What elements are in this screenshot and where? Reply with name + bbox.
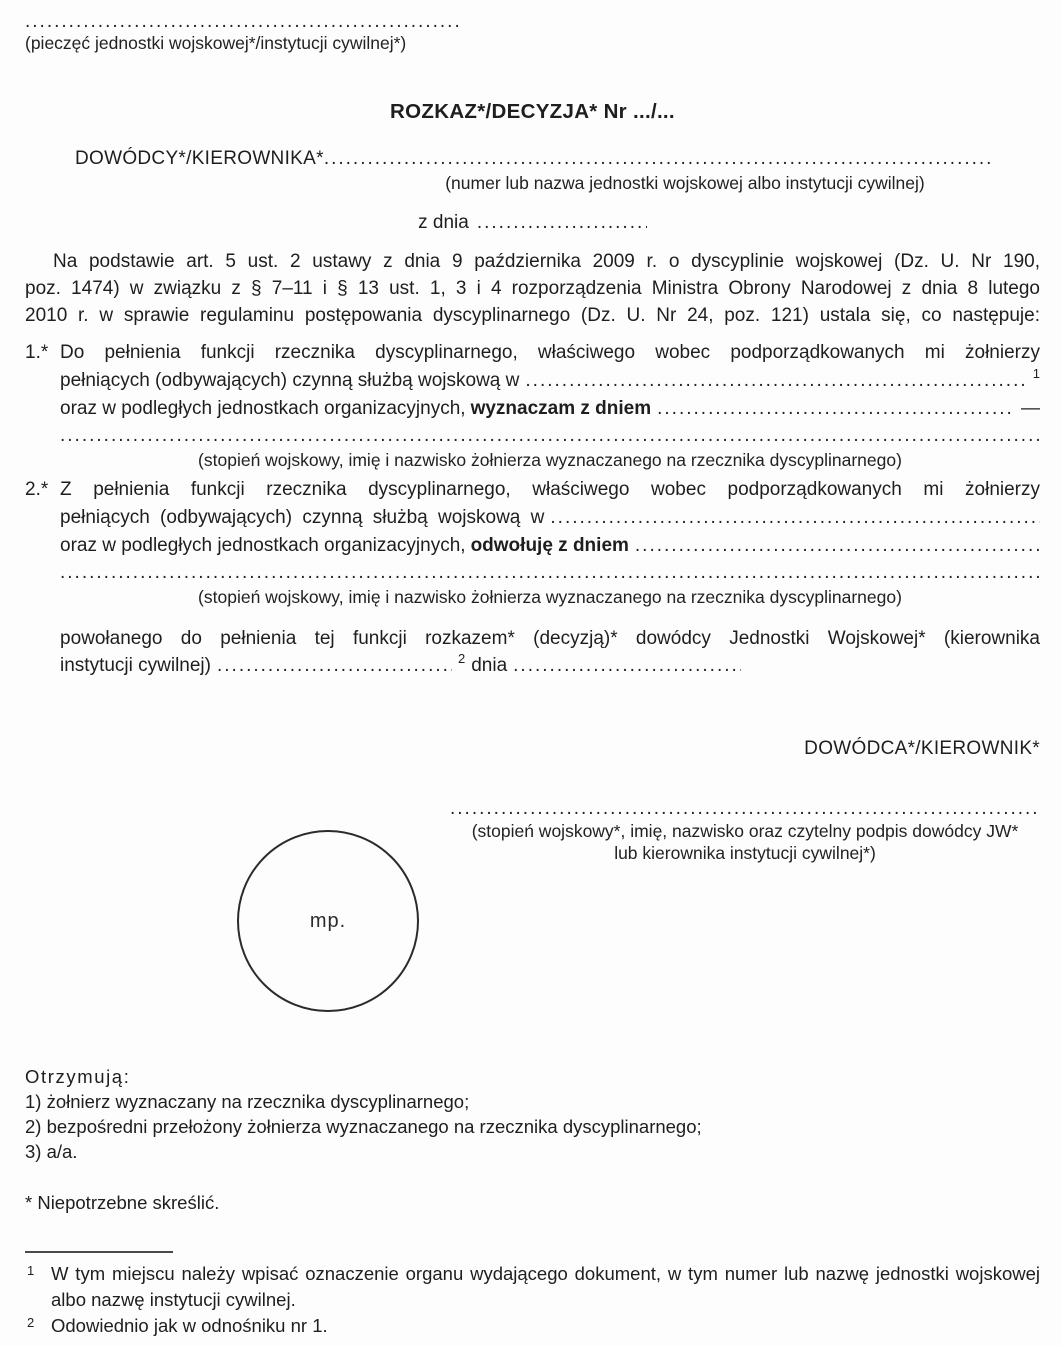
item-1-line-2: pełniących (odbywających) czynną służbą … <box>60 367 1040 395</box>
item-2-line-3-text: oraz w podległych jednostkach organizacy… <box>60 532 629 560</box>
item-2-unit-fill-line: ........................................… <box>550 504 1040 532</box>
recall-line-1: powołanego do pełnienia tej funkcji rozk… <box>60 625 1040 652</box>
stamp-area: ........................................… <box>25 12 1040 54</box>
distribution-item-1: 1) żołnierz wyznaczany na rzecznika dysc… <box>25 1089 1040 1114</box>
recall-order-fill-line: ........................................… <box>217 652 452 680</box>
recall-line-2: instytucji cywilnej) ...................… <box>60 652 1040 680</box>
date-prefix: z dnia <box>418 210 469 236</box>
recall-date-fill-line: ........................................… <box>513 652 741 680</box>
recall-line-2-text: instytucji cywilnej) <box>60 652 211 680</box>
item-2-number: 2.* <box>25 476 48 504</box>
date-fill-line: ........................................… <box>477 210 647 236</box>
issuer-line: DOWÓDCY*/KIEROWNIKA* ...................… <box>75 146 995 172</box>
item-2-date-fill-line: ........................................… <box>635 532 1040 560</box>
item-1-trailing-dash: — <box>1021 395 1040 423</box>
item-2-line-1: Z pełnienia funkcji rzecznika dyscyplina… <box>60 476 1040 504</box>
distribution-item-3: 3) a/a. <box>25 1139 1040 1164</box>
strike-note: * Niepotrzebne skreślić. <box>25 1190 1040 1215</box>
issuer-label: DOWÓDCY*/KIEROWNIKA* <box>75 146 324 172</box>
legal-basis-paragraph: Na podstawie art. 5 ust. 2 ustawy z dnia… <box>25 248 1040 329</box>
signature-fill-line: ........................................… <box>450 798 1040 820</box>
item-2-line-2: pełniących (odbywających) czynną służbą … <box>60 504 1040 532</box>
date-line: z dnia .................................… <box>25 210 1040 236</box>
commander-heading: DOWÓDCA*/KIEROWNIK* <box>25 736 1040 762</box>
distribution-item-2: 2) bezpośredni przełożony żołnierza wyzn… <box>25 1114 1040 1139</box>
footnote-divider <box>25 1251 173 1253</box>
item-1-line-2-text: pełniących (odbywających) czynną służbą … <box>60 367 519 395</box>
item-1-number: 1.* <box>25 339 48 367</box>
dismiss-with-date-bold: odwołuję z dniem <box>471 535 629 556</box>
signature-caption-line-2: lub kierownika instytucji cywilnej*) <box>450 842 1040 864</box>
item-2-line-2-text: pełniących (odbywających) czynną służbą … <box>60 504 544 532</box>
signature-block: ........................................… <box>450 798 1040 864</box>
item-1-line-3-text: oraz w podległych jednostkach organizacy… <box>60 395 651 423</box>
appoint-with-date-bold: wyznaczam z dniem <box>471 398 652 419</box>
footnote-ref-2: 2 <box>458 652 465 665</box>
footnote-1-line-1: W tym miejscu należy wpisać oznaczenie o… <box>51 1261 1040 1287</box>
issuer-fill-line: ........................................… <box>324 146 995 172</box>
legal-basis-line-1: Na podstawie art. 5 ust. 2 ustawy z dnia… <box>25 248 1040 275</box>
stamp-caption: (pieczęć jednostki wojskowej*/instytucji… <box>25 32 1040 54</box>
footnote-1-line-2: albo nazwę instytucji cywilnej. <box>51 1287 1040 1313</box>
stamp-dotted-line: ........................................… <box>25 12 462 32</box>
item-1-line-3: oraz w podległych jednostkach organizacy… <box>60 395 1040 423</box>
recall-date-label: dnia <box>471 652 507 680</box>
distribution-header: Otrzymują: <box>25 1064 1040 1089</box>
footnote-2: 2 Odowiednio jak w odnośniku nr 1. <box>25 1313 1040 1339</box>
item-1-appointment: 1.* Do pełnienia funkcji rzecznika dyscy… <box>25 339 1040 472</box>
legal-basis-line-3: 2010 r. w sprawie regulaminu postępowani… <box>25 302 1040 329</box>
footnote-2-marker: 2 <box>27 1310 34 1336</box>
footnotes: 1 W tym miejscu należy wpisać oznaczenie… <box>25 1261 1040 1339</box>
item-1-unit-fill-line: ........................................… <box>525 367 1026 395</box>
item-2-dismissal: 2.* Z pełnienia funkcji rzecznika dyscyp… <box>25 476 1040 609</box>
issuer-caption: (numer lub nazwa jednostki wojskowej alb… <box>375 172 995 194</box>
document-page: ........................................… <box>0 0 1062 1346</box>
footnote-2-line-1: Odowiednio jak w odnośniku nr 1. <box>51 1313 1040 1339</box>
item-2-name-fill-line: ........................................… <box>60 560 1040 585</box>
item-1-name-fill-line: ........................................… <box>60 423 1040 448</box>
document-title: ROZKAZ*/DECYZJA* Nr .../... <box>25 98 1040 126</box>
signature-caption-line-1: (stopień wojskowy*, imię, nazwisko oraz … <box>450 820 1040 842</box>
seal-circle: mp. <box>237 830 419 1012</box>
item-2-line-3: oraz w podległych jednostkach organizacy… <box>60 532 1040 560</box>
footnote-1-marker: 1 <box>27 1258 34 1284</box>
item-1-caption: (stopień wojskowy, imię i nazwisko żołni… <box>60 448 1040 472</box>
distribution-list: Otrzymują: 1) żołnierz wyznaczany na rze… <box>25 1064 1040 1164</box>
footnote-1: 1 W tym miejscu należy wpisać oznaczenie… <box>25 1261 1040 1313</box>
item-2-caption: (stopień wojskowy, imię i nazwisko żołni… <box>60 585 1040 609</box>
footnote-ref-1: 1 <box>1033 367 1040 380</box>
item-1-line-1: Do pełnienia funkcji rzecznika dyscyplin… <box>60 339 1040 367</box>
seal-label: mp. <box>310 908 346 935</box>
recall-paragraph: powołanego do pełnienia tej funkcji rozk… <box>25 625 1040 680</box>
item-1-date-fill-line: ........................................… <box>657 395 1011 423</box>
legal-basis-line-2: poz. 1474) w związku z § 7–11 i § 13 ust… <box>25 275 1040 302</box>
